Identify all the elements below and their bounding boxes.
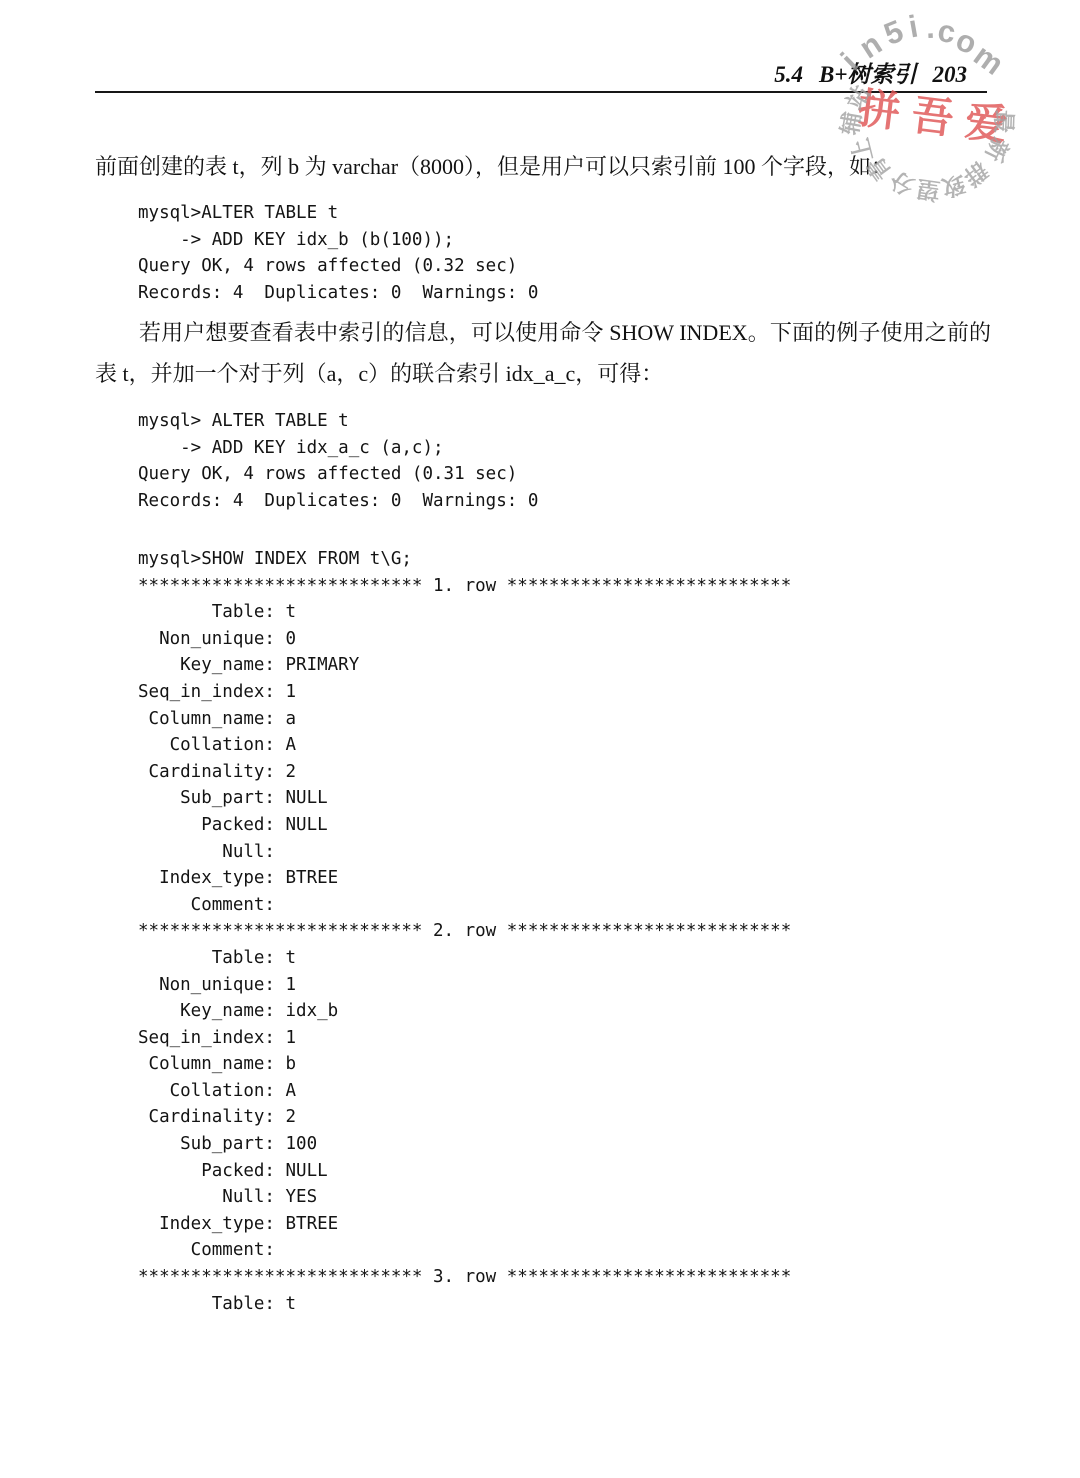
paragraph-intro-varchar: 前面创建的表 t，列 b 为 varchar（8000），但是用户可以只索引前 …	[95, 150, 991, 184]
book-page: 5.4B+树索引203 前面创建的表 t，列 b 为 varchar（8000）…	[0, 0, 1080, 1478]
code-block-alter-table-idx-a-c: mysql> ALTER TABLE t -> ADD KEY idx_a_c …	[138, 408, 538, 514]
code-block-alter-table-idx-b: mysql>ALTER TABLE t -> ADD KEY idx_b (b(…	[138, 200, 538, 306]
code-block-show-index-output: mysql>SHOW INDEX FROM t\G; *************…	[138, 546, 791, 1317]
watermark-arc-letter: o	[952, 24, 981, 60]
watermark-center-text: 拼吾爱	[855, 88, 1021, 149]
header-rule	[95, 91, 987, 93]
page-header: 5.4B+树索引203	[774, 56, 967, 89]
header-page-number: 203	[933, 62, 968, 87]
watermark-arc-letter: i	[906, 10, 920, 42]
watermark-arc-letter: 5	[880, 15, 908, 50]
paragraph-show-index: 若用户想要查看表中索引的信息，可以使用命令 SHOW INDEX。下面的例子使用…	[95, 312, 991, 394]
header-chapter-title: B+树索引	[819, 62, 916, 87]
watermark-arc-letter: .	[925, 12, 935, 43]
watermark-arc-letter: c	[936, 15, 958, 48]
header-section-number: 5.4	[774, 62, 803, 87]
watermark-arc-letter: m	[969, 39, 1010, 80]
watermark-ring-char: 辅	[838, 110, 865, 137]
watermark-ring-char: 最	[992, 110, 1016, 134]
